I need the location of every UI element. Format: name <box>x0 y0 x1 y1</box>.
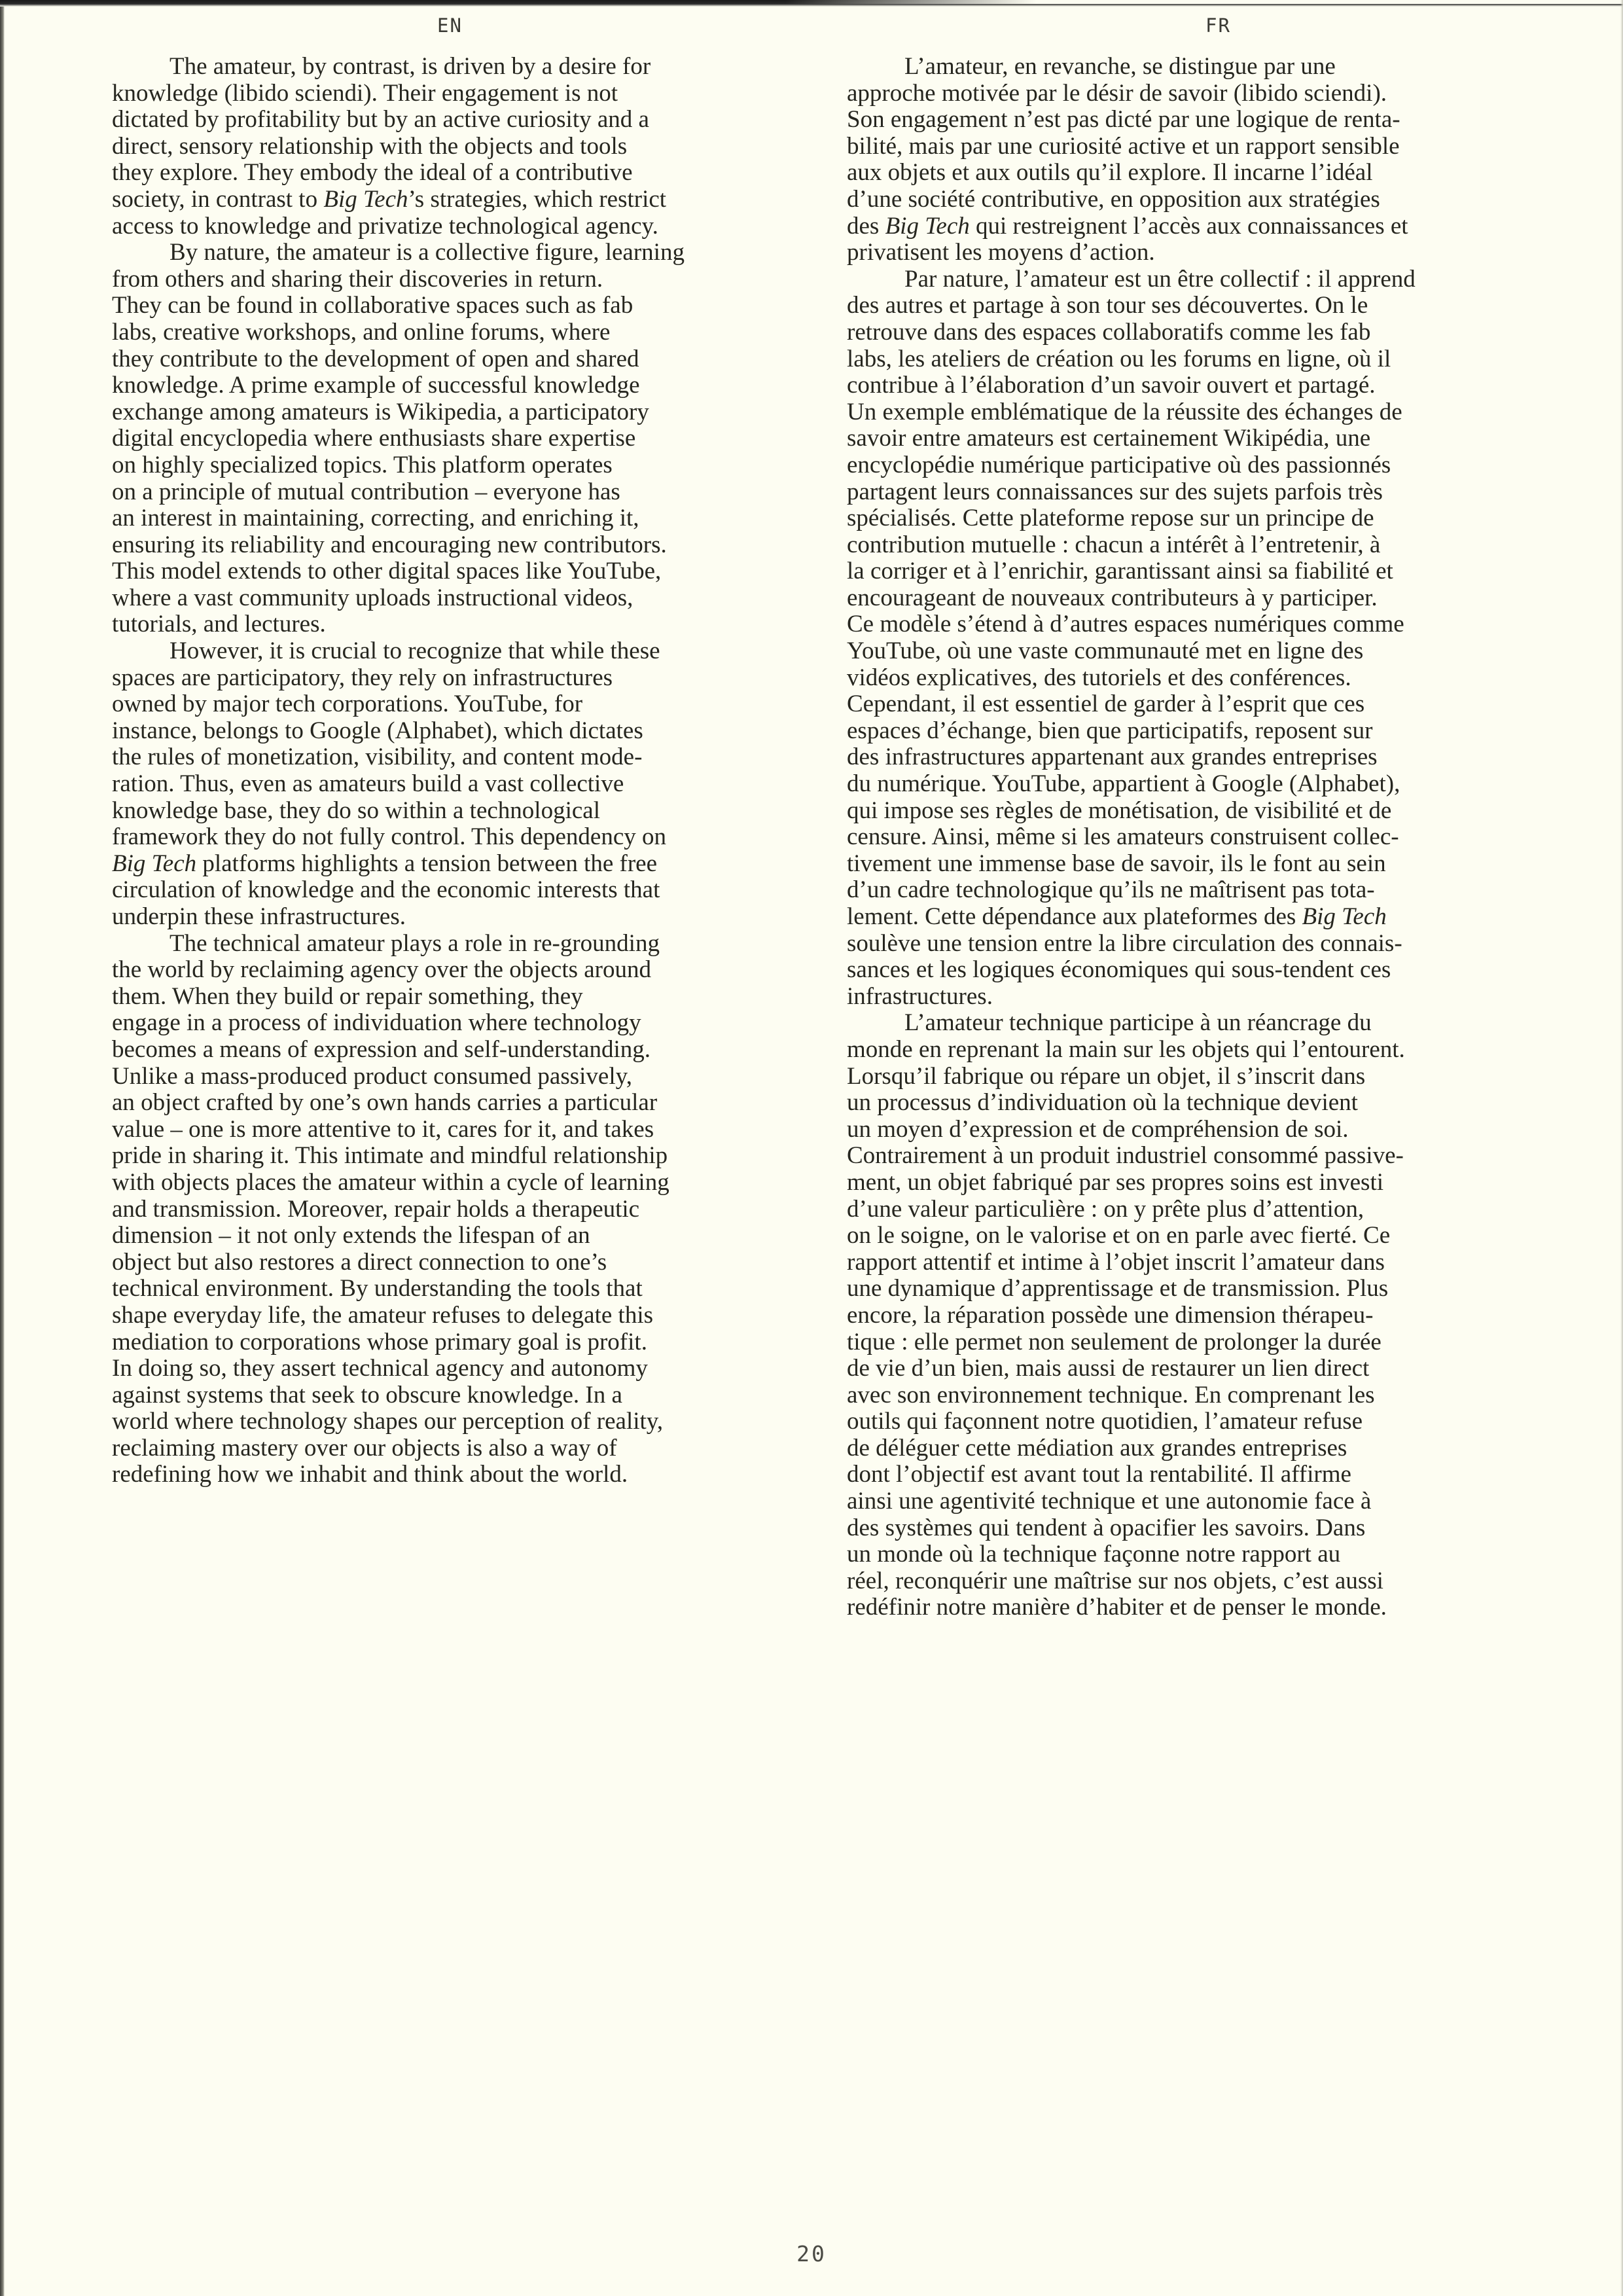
text-line: avec son environnement technique. En com… <box>847 1382 1534 1409</box>
text-line: sances et les logiques économiques qui s… <box>847 957 1534 984</box>
text-line: dont l’objectif est avant tout la rentab… <box>847 1462 1534 1488</box>
text-line: encourageant de nouveaux contributeurs à… <box>847 585 1534 612</box>
text-line: Cependant, il est essentiel de garder à … <box>847 691 1534 718</box>
text-line: on le soigne, on le valorise et on en pa… <box>847 1223 1534 1249</box>
text-line: The technical amateur plays a role in re… <box>112 931 786 958</box>
text-line: dimension – it not only extends the life… <box>112 1223 786 1249</box>
page-number: 20 <box>0 2241 1623 2267</box>
text-line: censure. Ainsi, même si les amateurs con… <box>847 824 1534 851</box>
text-line: framework they do not fully control. Thi… <box>112 824 786 851</box>
text-line: an interest in maintaining, correcting, … <box>112 505 786 532</box>
text-line: them. When they build or repair somethin… <box>112 984 786 1011</box>
text-line: Un exemple emblématique de la réussite d… <box>847 399 1534 426</box>
text-line: encyclopédie numérique participative où … <box>847 452 1534 479</box>
text-line: outils qui façonnent notre quotidien, l’… <box>847 1408 1534 1435</box>
text-line: vidéos explicatives, des tutoriels et de… <box>847 665 1534 692</box>
text-segment: des <box>847 213 885 240</box>
text-line: and transmission. Moreover, repair holds… <box>112 1196 786 1223</box>
text-line: They can be found in collaborative space… <box>112 293 786 319</box>
text-line: infrastructures. <box>847 984 1534 1011</box>
text-line: underpin these infrastructures. <box>112 904 786 931</box>
text-line: with objects places the amateur within a… <box>112 1170 786 1196</box>
text-line: shape everyday life, the amateur refuses… <box>112 1302 786 1329</box>
text-line: un processus d’individuation où la techn… <box>847 1090 1534 1117</box>
text-line: The amateur, by contrast, is driven by a… <box>112 54 786 81</box>
text-line: an object crafted by one’s own hands car… <box>112 1090 786 1117</box>
text-line: labs, creative workshops, and online for… <box>112 319 786 346</box>
text-line: redéfinir notre manière d’habiter et de … <box>847 1594 1534 1621</box>
italic-term: Big Tech <box>1302 903 1387 930</box>
text-line: d’une valeur particulière : on y prête p… <box>847 1196 1534 1223</box>
text-line: privatisent les moyens d’action. <box>847 240 1534 266</box>
text-segment: ’s strategies, which restrict <box>408 186 667 213</box>
text-line: access to knowledge and privatize techno… <box>112 213 786 240</box>
text-line: reclaiming mastery over our objects is a… <box>112 1435 786 1462</box>
text-line: monde en reprenant la main sur les objet… <box>847 1037 1534 1064</box>
text-line: espaces d’échange, bien que participatif… <box>847 718 1534 745</box>
text-line: mediation to corporations whose primary … <box>112 1329 786 1356</box>
text-line: knowledge. A prime example of successful… <box>112 372 786 399</box>
text-line: L’amateur technique participe à un réanc… <box>847 1010 1534 1037</box>
text-line: tivement une immense base de savoir, ils… <box>847 851 1534 878</box>
text-line: ainsi une agentivité technique et une au… <box>847 1488 1534 1515</box>
text-line: encore, la réparation possède une dimens… <box>847 1302 1534 1329</box>
text-line: Contrairement à un produit industriel co… <box>847 1143 1534 1170</box>
scanned-page: EN FR The amateur, by contrast, is drive… <box>0 0 1623 2296</box>
text-line: society, in contrast to Big Tech’s strat… <box>112 187 786 213</box>
text-line: des autres et partage à son tour ses déc… <box>847 293 1534 319</box>
text-line: un monde où la technique façonne notre r… <box>847 1541 1534 1568</box>
text-line: Lorsqu’il fabrique ou répare un objet, i… <box>847 1064 1534 1090</box>
text-line: they contribute to the development of op… <box>112 346 786 373</box>
text-line: aux objets et aux outils qu’il explore. … <box>847 160 1534 187</box>
text-line: une dynamique d’apprentissage et de tran… <box>847 1276 1534 1302</box>
text-segment: qui restreignent l’accès aux connaissanc… <box>970 213 1408 240</box>
text-line: direct, sensory relationship with the ob… <box>112 134 786 160</box>
text-line: rapport attentif et intime à l’objet ins… <box>847 1249 1534 1276</box>
text-line: contribue à l’élaboration d’un savoir ou… <box>847 372 1534 399</box>
text-line: digital encyclopedia where enthusiasts s… <box>112 425 786 452</box>
text-line: This model extends to other digital spac… <box>112 558 786 585</box>
text-line: soulève une tension entre la libre circu… <box>847 931 1534 958</box>
text-line: du numérique. YouTube, appartient à Goog… <box>847 771 1534 798</box>
text-line: against systems that seek to obscure kno… <box>112 1382 786 1409</box>
text-line: ment, un objet fabriqué par ses propres … <box>847 1170 1534 1196</box>
text-line: spécialisés. Cette plateforme repose sur… <box>847 505 1534 532</box>
scan-top-edge <box>0 0 1623 7</box>
text-line: contribution mutuelle : chacun a intérêt… <box>847 532 1534 559</box>
text-segment: platforms highlights a tension between t… <box>196 850 657 877</box>
text-line: where a vast community uploads instructi… <box>112 585 786 612</box>
text-line: de déléguer cette médiation aux grandes … <box>847 1435 1534 1462</box>
text-line: from others and sharing their discoverie… <box>112 266 786 293</box>
text-line: circulation of knowledge and the economi… <box>112 877 786 904</box>
text-line: instance, belongs to Google (Alphabet), … <box>112 718 786 745</box>
text-segment: society, in contrast to <box>112 186 323 213</box>
text-line: ration. Thus, even as amateurs build a v… <box>112 771 786 798</box>
text-line: In doing so, they assert technical agenc… <box>112 1355 786 1382</box>
text-line: la corriger et à l’enrichir, garantissan… <box>847 558 1534 585</box>
text-line: labs, les ateliers de création ou les fo… <box>847 346 1534 373</box>
french-text-column: L’amateur, en revanche, se distingue par… <box>847 54 1534 1621</box>
text-line: dictated by profitability but by an acti… <box>112 107 786 134</box>
italic-term: Big Tech <box>323 186 408 213</box>
text-line: Son engagement n’est pas dicté par une l… <box>847 107 1534 134</box>
text-line: lement. Cette dépendance aux plateformes… <box>847 904 1534 931</box>
text-line: L’amateur, en revanche, se distingue par… <box>847 54 1534 81</box>
text-line: savoir entre amateurs est certainement W… <box>847 425 1534 452</box>
text-line: Big Tech platforms highlights a tension … <box>112 851 786 878</box>
text-line: By nature, the amateur is a collective f… <box>112 240 786 266</box>
column-label-fr: FR <box>1205 14 1231 37</box>
text-line: knowledge (libido sciendi). Their engage… <box>112 81 786 107</box>
text-line: tutorials, and lectures. <box>112 611 786 638</box>
text-line: tique : elle permet non seulement de pro… <box>847 1329 1534 1356</box>
text-line: des systèmes qui tendent à opacifier les… <box>847 1515 1534 1542</box>
text-line: However, it is crucial to recognize that… <box>112 638 786 665</box>
text-segment: lement. Cette dépendance aux plateformes… <box>847 903 1302 930</box>
text-line: qui impose ses règles de monétisation, d… <box>847 798 1534 825</box>
text-line: pride in sharing it. This intimate and m… <box>112 1143 786 1170</box>
scan-right-edge <box>1620 0 1623 2296</box>
text-line: engage in a process of individuation whe… <box>112 1010 786 1037</box>
text-line: Ce modèle s’étend à d’autres espaces num… <box>847 611 1534 638</box>
text-line: technical environment. By understanding … <box>112 1276 786 1302</box>
text-line: réel, reconquérir une maîtrise sur nos o… <box>847 1568 1534 1595</box>
text-line: ensuring its reliability and encouraging… <box>112 532 786 559</box>
italic-term: Big Tech <box>112 850 196 877</box>
text-line: the rules of monetization, visibility, a… <box>112 744 786 771</box>
text-line: owned by major tech corporations. YouTub… <box>112 691 786 718</box>
text-line: redefining how we inhabit and think abou… <box>112 1462 786 1488</box>
text-line: becomes a means of expression and self-u… <box>112 1037 786 1064</box>
text-line: on a principle of mutual contribution – … <box>112 479 786 506</box>
text-line: d’une société contributive, en oppositio… <box>847 187 1534 213</box>
text-line: knowledge base, they do so within a tech… <box>112 798 786 825</box>
text-line: d’un cadre technologique qu’ils ne maîtr… <box>847 877 1534 904</box>
english-text-column: The amateur, by contrast, is driven by a… <box>112 54 786 1488</box>
text-line: partagent leurs connaissances sur des su… <box>847 479 1534 506</box>
text-line: exchange among amateurs is Wikipedia, a … <box>112 399 786 426</box>
text-line: Unlike a mass-produced product consumed … <box>112 1064 786 1090</box>
text-line: Par nature, l’amateur est un être collec… <box>847 266 1534 293</box>
text-line: bilité, mais par une curiosité active et… <box>847 134 1534 160</box>
scan-left-edge <box>0 7 5 2296</box>
text-line: retrouve dans des espaces collaboratifs … <box>847 319 1534 346</box>
text-line: on highly specialized topics. This platf… <box>112 452 786 479</box>
text-line: world where technology shapes our percep… <box>112 1408 786 1435</box>
text-line: YouTube, où une vaste communauté met en … <box>847 638 1534 665</box>
italic-term: Big Tech <box>885 213 970 240</box>
text-line: spaces are participatory, they rely on i… <box>112 665 786 692</box>
text-line: des infrastructures appartenant aux gran… <box>847 744 1534 771</box>
column-label-en: EN <box>437 14 463 37</box>
text-line: object but also restores a direct connec… <box>112 1249 786 1276</box>
text-line: approche motivée par le désir de savoir … <box>847 81 1534 107</box>
text-line: de vie d’un bien, mais aussi de restaure… <box>847 1355 1534 1382</box>
text-line: un moyen d’expression et de compréhensio… <box>847 1117 1534 1143</box>
text-line: they explore. They embody the ideal of a… <box>112 160 786 187</box>
text-line: des Big Tech qui restreignent l’accès au… <box>847 213 1534 240</box>
text-line: the world by reclaiming agency over the … <box>112 957 786 984</box>
text-line: value – one is more attentive to it, car… <box>112 1117 786 1143</box>
